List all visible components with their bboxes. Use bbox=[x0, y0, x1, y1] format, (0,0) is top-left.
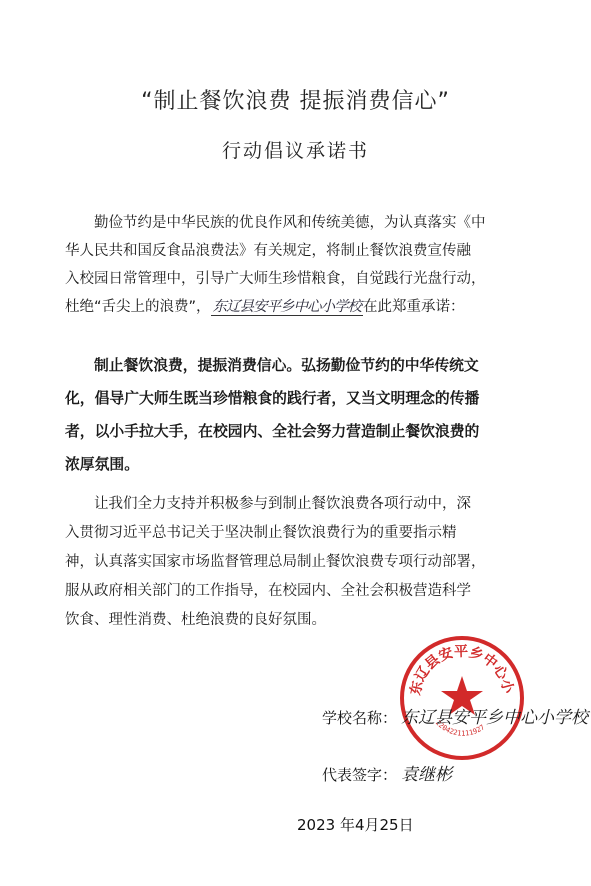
paragraph-line: 神，认真落实国家市场监督管理总局制止餐饮浪费专项行动部署， bbox=[65, 548, 533, 577]
paragraph-line: 勤俭节约是中华民族的优良作风和传统美德，为认真落实《中 bbox=[65, 209, 533, 237]
school-name-row: 学校名称：东辽县安平乡中心小学校 bbox=[322, 703, 588, 728]
paragraph-line: 让我们全力支持并积极参与到制止餐饮浪费各项行动中，深 bbox=[65, 490, 533, 519]
official-seal-stamp: 东辽县安平乡中心小学校 2204221111927 bbox=[400, 636, 524, 760]
paragraph-line: 服从政府相关部门的工作指导，在校园内、全社会积极营造科学 bbox=[65, 577, 533, 606]
paragraph-line: 化，倡导广大师生既当珍惜粮食的践行者，又当文明理念的传播 bbox=[65, 382, 533, 415]
paragraph-intro: 勤俭节约是中华民族的优良作风和传统美德，为认真落实《中 华人民共和国反食品浪费法… bbox=[65, 209, 533, 321]
paragraph-line: 华人民共和国反食品浪费法》有关规定，将制止餐饮浪费宣传融 bbox=[65, 237, 533, 265]
representative-signature: 袁继彬 bbox=[401, 765, 452, 785]
paragraph-commitment: 制止餐饮浪费，提振消费信心。弘扬勤俭节约的中华传统文 化，倡导广大师生既当珍惜粮… bbox=[65, 349, 533, 481]
school-name-handwritten: 东辽县安平乡中心小学校 bbox=[401, 708, 588, 728]
document-subtitle: 行动倡议承诺书 bbox=[0, 136, 591, 163]
paragraph-line: 者，以小手拉大手，在校园内、全社会努力营造制止餐饮浪费的 bbox=[65, 415, 533, 448]
paragraph-line: 浓厚氛围。 bbox=[65, 448, 533, 481]
line-prefix: 杜绝“舌尖上的浪费”， bbox=[65, 299, 211, 315]
document-date: 2023 年4月25日 bbox=[297, 814, 414, 835]
paragraph-call-to-action: 让我们全力支持并积极参与到制止餐饮浪费各项行动中，深 入贯彻习近平总书记关于坚决… bbox=[65, 490, 533, 635]
paragraph-line: 饮食、理性消费、杜绝浪费的良好氛围。 bbox=[65, 606, 533, 635]
handwritten-school-name: 东辽县安平乡中心小学校 bbox=[211, 299, 364, 316]
document-title: “制止餐饮浪费 提振消费信心” bbox=[0, 84, 591, 115]
representative-label: 代表签字： bbox=[322, 766, 397, 784]
paragraph-line: 入校园日常管理中，引导广大师生珍惜粮食，自觉践行光盘行动， bbox=[65, 265, 533, 293]
paragraph-line: 入贯彻习近平总书记关于坚决制止餐饮浪费行为的重要指示精 bbox=[65, 519, 533, 548]
paragraph-line: 制止餐饮浪费，提振消费信心。弘扬勤俭节约的中华传统文 bbox=[65, 349, 533, 382]
representative-signature-row: 代表签字：袁继彬 bbox=[322, 760, 452, 785]
school-name-label: 学校名称： bbox=[322, 709, 397, 727]
line-suffix: 在此郑重承诺： bbox=[363, 299, 465, 315]
seal-star-icon: 东辽县安平乡中心小学校 2204221111927 bbox=[400, 636, 524, 760]
paragraph-line: 杜绝“舌尖上的浪费”，东辽县安平乡中心小学校在此郑重承诺： bbox=[65, 293, 533, 321]
